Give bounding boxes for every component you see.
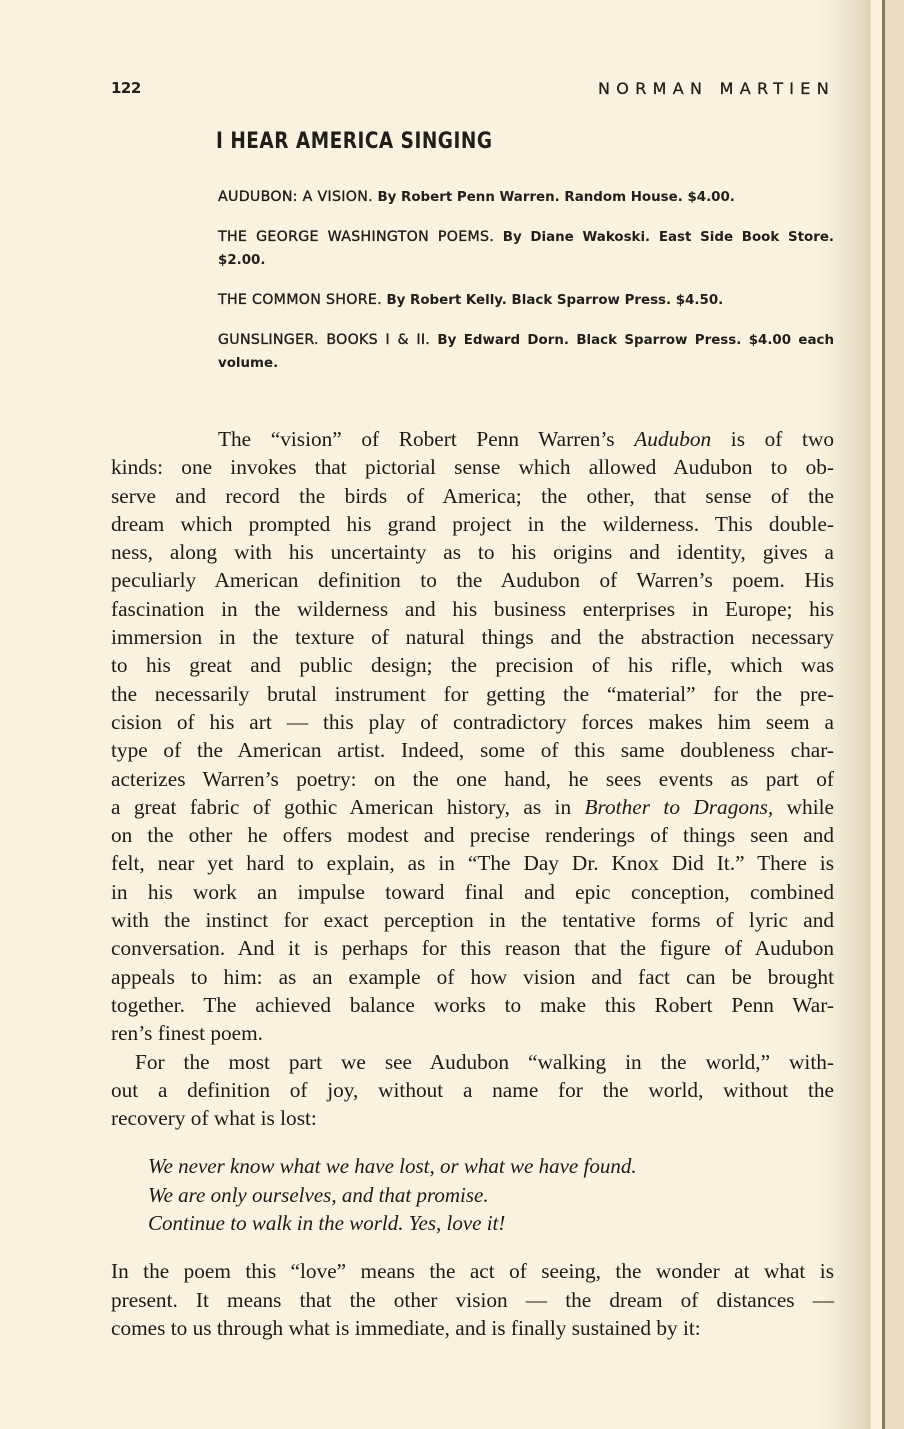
review-entry: GUNSLINGER. BOOKS I & II. By Edward Dorn… (218, 329, 834, 375)
article-title: I HEAR AMERICA SINGING (216, 129, 493, 154)
text-line: type of the American artist. Indeed, som… (111, 736, 834, 764)
text-line: In the poem this “love” means the act of… (111, 1257, 834, 1285)
book-details: By Robert Kelly. Black Sparrow Press. $4… (386, 293, 723, 308)
verse-line: We never know what we have lost, or what… (148, 1152, 834, 1180)
verse-quotation: We never know what we have lost, or what… (148, 1152, 834, 1237)
text-line: comes to us through what is immediate, a… (111, 1314, 834, 1342)
text-line: on the other he offers modest and precis… (111, 821, 834, 849)
text-line: together. The achieved balance works to … (111, 991, 834, 1019)
review-entry: THE GEORGE WASHINGTON POEMS. By Diane Wa… (218, 226, 834, 272)
text-line: felt, near yet hard to explain, as in “T… (111, 849, 834, 877)
book-title: THE COMMON SHORE. (218, 292, 382, 308)
text-line: The “vision” of Robert Penn Warren’s Aud… (111, 425, 834, 453)
page-edge (885, 0, 904, 1429)
book-page: 122 NORMAN MARTIEN I HEAR AMERICA SINGIN… (0, 0, 904, 1429)
italic-title: Brother to Dragons, (585, 795, 774, 819)
text-line: appeals to him: as an example of how vis… (111, 963, 834, 991)
author-name: NORMAN MARTIEN (598, 79, 835, 98)
text-line: immersion in the texture of natural thin… (111, 623, 834, 651)
page-number: 122 (111, 79, 141, 97)
reviewed-books-list: AUDUBON: A VISION. By Robert Penn Warren… (218, 186, 834, 392)
paragraph-1: The “vision” of Robert Penn Warren’s Aud… (111, 425, 834, 1048)
verse-line: We are only ourselves, and that promise. (148, 1181, 834, 1209)
text-line: to his great and public design; the prec… (111, 651, 834, 679)
paragraph-3: In the poem this “love” means the act of… (111, 1257, 834, 1342)
book-details: By Robert Penn Warren. Random House. $4.… (377, 190, 734, 205)
text-line: peculiarly American definition to the Au… (111, 566, 834, 594)
text-line: ren’s finest poem. (111, 1019, 834, 1047)
text-line: in his work an impulse toward final and … (111, 878, 834, 906)
text-line: recovery of what is lost: (111, 1104, 834, 1132)
text-line: the necessarily brutal instrument for ge… (111, 680, 834, 708)
text-line: cision of his art — this play of contrad… (111, 708, 834, 736)
book-title: GUNSLINGER. BOOKS I & II. (218, 332, 430, 348)
review-entry: AUDUBON: A VISION. By Robert Penn Warren… (218, 186, 834, 209)
text-line: out a definition of joy, without a name … (111, 1076, 834, 1104)
text-line: conversation. And it is perhaps for this… (111, 934, 834, 962)
binding-edge-line (882, 0, 885, 1429)
verse-line: Continue to walk in the world. Yes, love… (148, 1209, 834, 1237)
text-line: For the most part we see Audubon “walkin… (111, 1048, 834, 1076)
text-line: dream which prompted his grand project i… (111, 510, 834, 538)
article-body: The “vision” of Robert Penn Warren’s Aud… (111, 425, 834, 1342)
text-line: a great fabric of gothic American histor… (111, 793, 834, 821)
running-head: 122 NORMAN MARTIEN (111, 79, 835, 103)
text-line: with the instinct for exact perception i… (111, 906, 834, 934)
text-line: kinds: one invokes that pictorial sense … (111, 453, 834, 481)
text-line: ness, along with his uncertainty as to h… (111, 538, 834, 566)
review-entry: THE COMMON SHORE. By Robert Kelly. Black… (218, 289, 834, 312)
text-line: serve and record the birds of America; t… (111, 482, 834, 510)
text-line: acterizes Warren’s poetry: on the one ha… (111, 765, 834, 793)
book-title: AUDUBON: A VISION. (218, 189, 373, 205)
book-title: THE GEORGE WASHINGTON POEMS. (218, 229, 494, 245)
italic-title: Audubon (634, 427, 711, 451)
text-line: present. It means that the other vision … (111, 1286, 834, 1314)
paragraph-2: For the most part we see Audubon “walkin… (111, 1048, 834, 1133)
text-line: fascination in the wilderness and his bu… (111, 595, 834, 623)
